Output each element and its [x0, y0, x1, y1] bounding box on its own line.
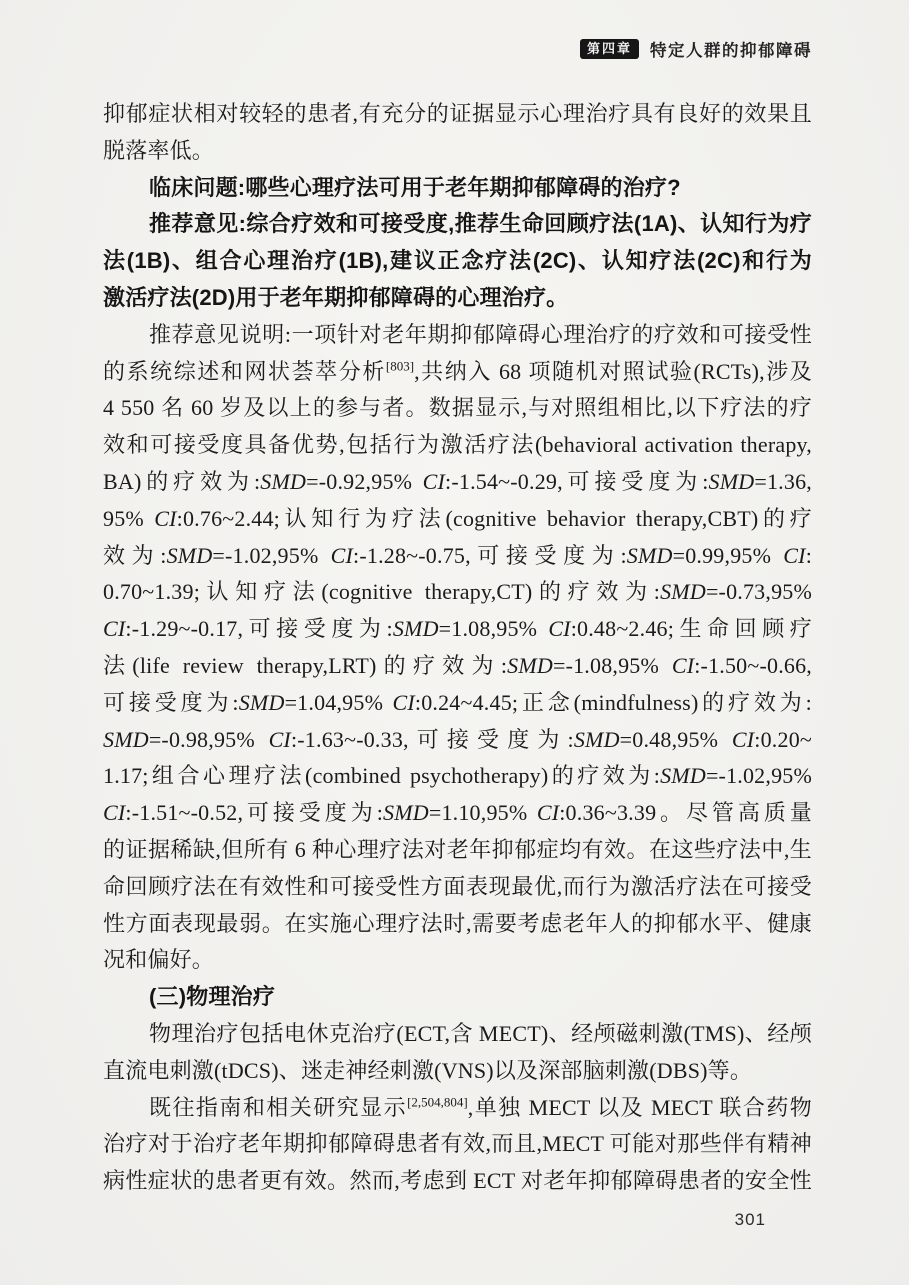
page-number: 301 — [0, 1210, 766, 1230]
text-line: 4 550 名 60 岁及以上的参与者。数据显示,与对照组相比,以下疗法的疗 — [103, 390, 812, 427]
text-line: 病性症状的患者更有效。然而,考虑到 ECT 对老年抑郁障碍患者的安全性 — [103, 1163, 812, 1200]
text-line: 命回顾疗法在有效性和可接受性方面表现最优,而行为激活疗法在可接受 — [103, 869, 812, 906]
text-line: SMD=-0.98,95% CI:-1.63~-0.33,可接受度为:SMD=0… — [103, 722, 812, 759]
text-line: 可接受度为:SMD=1.04,95% CI:0.24~4.45;正念(mindf… — [103, 685, 812, 722]
text-line: (三)物理治疗 — [103, 979, 812, 1016]
text-line: CI:-1.51~-0.52,可接受度为:SMD=1.10,95% CI:0.3… — [103, 795, 812, 832]
text-line: 治疗对于治疗老年期抑郁障碍患者有效,而且,MECT 可能对那些伴有精神 — [103, 1126, 812, 1163]
page-header: 第四章 特定人群的抑郁障碍 — [0, 37, 812, 61]
text-line: 抑郁症状相对较轻的患者,有充分的证据显示心理治疗具有良好的效果且 — [103, 96, 812, 133]
text-line: 直流电刺激(tDCS)、迷走神经刺激(VNS)以及深部脑刺激(DBS)等。 — [103, 1053, 812, 1090]
scanned-book-page: { "colors": { "paper": "#f2f1ee", "ink":… — [0, 0, 909, 1285]
text-line: 0.70~1.39;认知疗法(cognitive therapy,CT)的疗效为… — [103, 574, 812, 611]
text-line: 况和偏好。 — [103, 942, 812, 979]
text-line: 脱落率低。 — [103, 133, 812, 170]
text-line: 的系统综述和网状荟萃分析[803],共纳入 68 项随机对照试验(RCTs),涉… — [103, 354, 812, 391]
text-line: 效和可接受度具备优势,包括行为激活疗法(behavioral activatio… — [103, 427, 812, 464]
text-line: 推荐意见:综合疗效和可接受度,推荐生命回顾疗法(1A)、认知行为疗 — [103, 206, 812, 243]
text-line: 性方面表现最弱。在实施心理疗法时,需要考虑老年人的抑郁水平、健康状 — [103, 906, 812, 943]
text-line: BA)的疗效为:SMD=-0.92,95% CI:-1.54~-0.29,可接受… — [103, 464, 812, 501]
text-line: 激活疗法(2D)用于老年期抑郁障碍的心理治疗。 — [103, 280, 812, 317]
text-line: 既往指南和相关研究显示[2,504,804],单独 MECT 以及 MECT 联… — [103, 1090, 812, 1127]
text-line: 1.17;组合心理疗法(combined psychotherapy)的疗效为:… — [103, 758, 812, 795]
text-line: 临床问题:哪些心理疗法可用于老年期抑郁障碍的治疗? — [103, 170, 812, 207]
text-line: 推荐意见说明:一项针对老年期抑郁障碍心理治疗的疗效和可接受性 — [103, 317, 812, 354]
text-line: 效为:SMD=-1.02,95% CI:-1.28~-0.75,可接受度为:SM… — [103, 538, 812, 575]
text-line: 物理治疗包括电休克治疗(ECT,含 MECT)、经颅磁刺激(TMS)、经颅 — [103, 1016, 812, 1053]
page-body: 抑郁症状相对较轻的患者,有充分的证据显示心理治疗具有良好的效果且脱落率低。临床问… — [103, 96, 812, 1200]
chapter-title: 特定人群的抑郁障碍 — [650, 37, 812, 61]
text-line: 95% CI:0.76~2.44;认知行为疗法(cognitive behavi… — [103, 501, 812, 538]
text-line: 法(1B)、组合心理治疗(1B),建议正念疗法(2C)、认知疗法(2C)和行为 — [103, 243, 812, 280]
chapter-badge: 第四章 — [580, 39, 639, 59]
text-line: 法(life review therapy,LRT)的疗效为:SMD=-1.08… — [103, 648, 812, 685]
text-line: CI:-1.29~-0.17,可接受度为:SMD=1.08,95% CI:0.4… — [103, 611, 812, 648]
text-line: 的证据稀缺,但所有 6 种心理疗法对老年抑郁症均有效。在这些疗法中,生 — [103, 832, 812, 869]
